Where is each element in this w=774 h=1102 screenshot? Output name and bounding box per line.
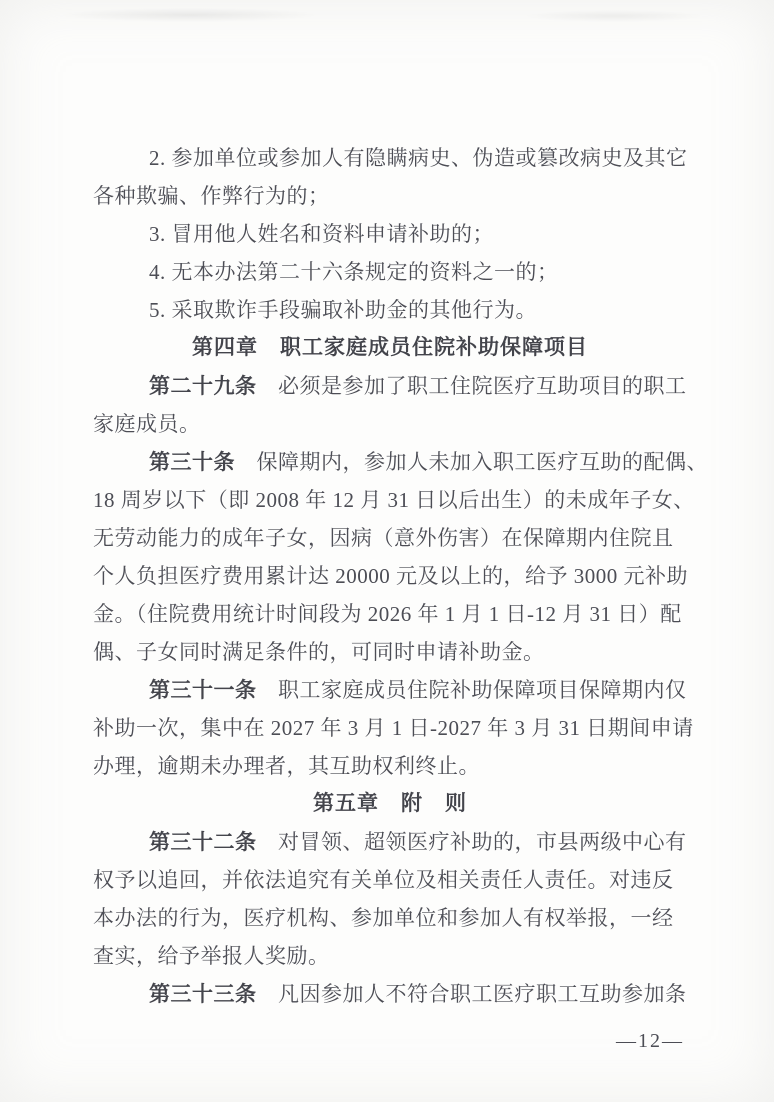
document-page: 2. 参加单位或参加人有隐瞒病史、伪造或篡改病史及其它各种欺骗、作弊行为的；3.… — [0, 0, 774, 1102]
text-line: 5. 采取欺诈手段骗取补助金的其他行为。 — [93, 291, 687, 329]
text-line: 第三十二条 对冒领、超领医疗补助的，市县两级中心有 — [93, 823, 687, 861]
article-number: 第二十九条 — [149, 375, 257, 398]
text-line: 无劳动能力的成年子女，因病（意外伤害）在保障期内住院且 — [93, 519, 687, 557]
line-text: 对冒领、超领医疗补助的，市县两级中心有 — [257, 830, 687, 854]
text-line: 补助一次，集中在 2027 年 3 月 1 日-2027 年 3 月 31 日期… — [93, 709, 687, 747]
scan-smudge — [524, 10, 704, 22]
line-text: 凡因参加人不符合职工医疗职工互助参加条 — [257, 982, 687, 1006]
line-text: 家庭成员。 — [93, 412, 201, 436]
text-line: 第三十条 保障期内，参加人未加入职工医疗互助的配偶、 — [93, 443, 687, 481]
text-line: 第二十九条 必须是参加了职工住院医疗互助项目的职工 — [93, 367, 687, 405]
line-text: 职工家庭成员住院补助保障项目保障期内仅 — [257, 678, 687, 702]
text-line: 18 周岁以下（即 2008 年 12 月 31 日以后出生）的未成年子女、 — [93, 481, 687, 519]
text-line: 个人负担医疗费用累计达 20000 元及以上的，给予 3000 元补助 — [93, 557, 687, 595]
page-number: —12— — [616, 1022, 684, 1060]
article-number: 第三十二条 — [149, 831, 257, 854]
text-line: 第三十三条 凡因参加人不符合职工医疗职工互助参加条 — [93, 975, 687, 1013]
text-line: 各种欺骗、作弊行为的； — [93, 177, 687, 215]
article-number: 第三十三条 — [149, 983, 257, 1006]
text-line: 4. 无本办法第二十六条规定的资料之一的； — [93, 253, 687, 291]
line-text: 5. 采取欺诈手段骗取补助金的其他行为。 — [149, 298, 537, 322]
line-text: 第四章 职工家庭成员住院补助保障项目 — [192, 336, 588, 359]
text-line: 查实，给予举报人奖励。 — [93, 937, 687, 975]
line-text: 偶、子女同时满足条件的，可同时申请补助金。 — [93, 640, 545, 664]
text-line: 2. 参加单位或参加人有隐瞒病史、伪造或篡改病史及其它 — [93, 139, 687, 177]
text-line: 3. 冒用他人姓名和资料申请补助的； — [93, 215, 687, 253]
line-text: 4. 无本办法第二十六条规定的资料之一的； — [149, 260, 559, 284]
scan-smudge — [60, 8, 320, 22]
text-line: 金。（住院费用统计时间段为 2026 年 1 月 1 日-12 月 31 日）配 — [93, 595, 687, 633]
text-line: 第三十一条 职工家庭成员住院补助保障项目保障期内仅 — [93, 671, 687, 709]
line-text: 第五章 附 则 — [313, 792, 467, 815]
line-text: 保障期内，参加人未加入职工医疗互助的配偶、 — [235, 450, 708, 474]
line-text: 无劳动能力的成年子女，因病（意外伤害）在保障期内住院且 — [93, 526, 674, 550]
text-line: 偶、子女同时满足条件的，可同时申请补助金。 — [93, 633, 687, 671]
line-text: 权予以追回，并依法追究有关单位及相关责任人责任。对违反 — [93, 868, 674, 892]
line-text: 个人负担医疗费用累计达 20000 元及以上的，给予 3000 元补助 — [93, 564, 688, 588]
text-line: 家庭成员。 — [93, 405, 687, 443]
line-text: 3. 冒用他人姓名和资料申请补助的； — [149, 222, 494, 246]
line-text: 必须是参加了职工住院医疗互助项目的职工 — [257, 374, 687, 398]
line-text: 2. 参加单位或参加人有隐瞒病史、伪造或篡改病史及其它 — [149, 146, 688, 170]
line-text: 金。（住院费用统计时间段为 2026 年 1 月 1 日-12 月 31 日）配 — [93, 602, 682, 626]
line-text: 本办法的行为，医疗机构、参加单位和参加人有权举报，一经 — [93, 906, 674, 930]
chapter-heading: 第四章 职工家庭成员住院补助保障项目 — [93, 329, 687, 367]
document-body: 2. 参加单位或参加人有隐瞒病史、伪造或篡改病史及其它各种欺骗、作弊行为的；3.… — [93, 139, 687, 1013]
text-line: 权予以追回，并依法追究有关单位及相关责任人责任。对违反 — [93, 861, 687, 899]
chapter-heading: 第五章 附 则 — [93, 785, 687, 823]
text-line: 本办法的行为，医疗机构、参加单位和参加人有权举报，一经 — [93, 899, 687, 937]
line-text: 办理，逾期未办理者，其互助权利终止。 — [93, 754, 480, 778]
article-number: 第三十条 — [149, 451, 235, 474]
line-text: 补助一次，集中在 2027 年 3 月 1 日-2027 年 3 月 31 日期… — [93, 716, 694, 740]
line-text: 查实，给予举报人奖励。 — [93, 944, 330, 968]
text-line: 办理，逾期未办理者，其互助权利终止。 — [93, 747, 687, 785]
line-text: 18 周岁以下（即 2008 年 12 月 31 日以后出生）的未成年子女、 — [93, 488, 695, 512]
line-text: 各种欺骗、作弊行为的； — [93, 184, 330, 208]
article-number: 第三十一条 — [149, 679, 257, 702]
